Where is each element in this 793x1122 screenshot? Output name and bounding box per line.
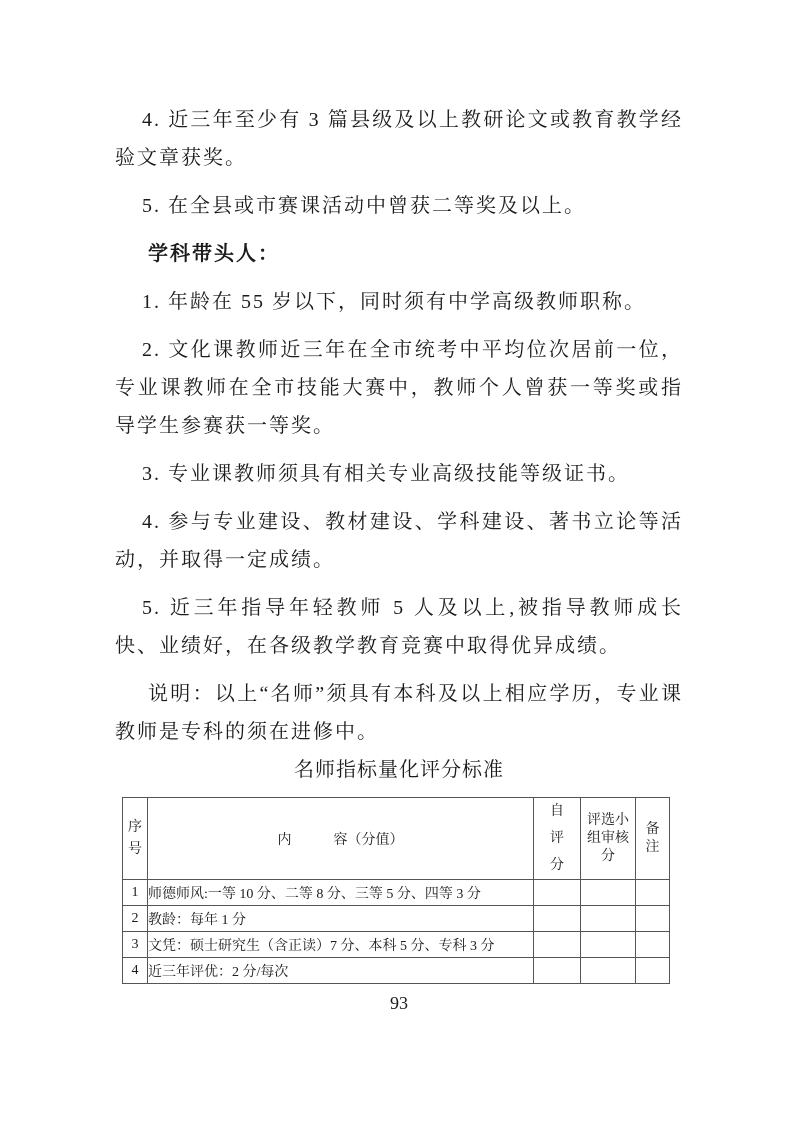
content-cell: 近三年评优：2 分/每次 — [148, 958, 534, 984]
self-score-cell — [534, 906, 581, 932]
note-paragraph: 说明：以上“名师”须具有本科及以上相应学历，专业课教师是专科的须在进修中。 — [115, 675, 683, 751]
self-score-cell — [534, 958, 581, 984]
numbered-item: 1. 年龄在 55 岁以下，同时须有中学高级教师职称。 — [115, 283, 683, 321]
remark-cell — [636, 906, 670, 932]
col-header-content: 内 容（分值） — [148, 798, 534, 880]
committee-score-cell — [581, 880, 636, 906]
remark-cell — [636, 880, 670, 906]
remark-cell — [636, 958, 670, 984]
table-row: 1 师德师风:一等 10 分、二等 8 分、三等 5 分、四等 3 分 — [123, 880, 670, 906]
table-row: 2 教龄：每年 1 分 — [123, 906, 670, 932]
numbered-item: 5. 在全县或市赛课活动中曾获二等奖及以上。 — [115, 187, 683, 225]
table-header-row: 序 号 内 容（分值） 自 评 分 评选小组审核 分 备 注 — [123, 798, 670, 880]
col-header-remark: 备 注 — [636, 798, 670, 880]
seq-cell: 2 — [123, 906, 148, 932]
seq-cell: 3 — [123, 932, 148, 958]
score-table: 序 号 内 容（分值） 自 评 分 评选小组审核 分 备 注 1 师德师风:一等… — [122, 797, 670, 984]
seq-cell: 4 — [123, 958, 148, 984]
page-number: 93 — [115, 993, 683, 1013]
col-header-committee-score: 评选小组审核 分 — [581, 798, 636, 880]
self-score-cell — [534, 932, 581, 958]
numbered-item: 4. 近三年至少有 3 篇县级及以上教研论文或教育教学经验文章获奖。 — [115, 101, 683, 177]
committee-score-cell — [581, 906, 636, 932]
self-score-cell — [534, 880, 581, 906]
remark-cell — [636, 932, 670, 958]
numbered-item: 2. 文化课教师近三年在全市统考中平均位次居前一位，专业课教师在全市技能大赛中，… — [115, 331, 683, 445]
committee-score-cell — [581, 932, 636, 958]
numbered-item: 5. 近三年指导年轻教师 5 人及以上,被指导教师成长快、业绩好，在各级教学教育… — [115, 589, 683, 665]
table-row: 3 文凭：硕士研究生（含正读）7 分、本科 5 分、专科 3 分 — [123, 932, 670, 958]
table-title: 名师指标量化评分标准 — [115, 751, 683, 789]
document-body: 4. 近三年至少有 3 篇县级及以上教研论文或教育教学经验文章获奖。 5. 在全… — [115, 101, 683, 1013]
col-header-seq: 序 号 — [123, 798, 148, 880]
document-page: 4. 近三年至少有 3 篇县级及以上教研论文或教育教学经验文章获奖。 5. 在全… — [0, 0, 793, 1122]
section-heading: 学科带头人： — [115, 235, 683, 273]
content-cell: 师德师风:一等 10 分、二等 8 分、三等 5 分、四等 3 分 — [148, 880, 534, 906]
numbered-item: 4. 参与专业建设、教材建设、学科建设、著书立论等活动，并取得一定成绩。 — [115, 503, 683, 579]
numbered-item: 3. 专业课教师须具有相关专业高级技能等级证书。 — [115, 455, 683, 493]
table-row: 4 近三年评优：2 分/每次 — [123, 958, 670, 984]
content-cell: 教龄：每年 1 分 — [148, 906, 534, 932]
committee-score-cell — [581, 958, 636, 984]
content-cell: 文凭：硕士研究生（含正读）7 分、本科 5 分、专科 3 分 — [148, 932, 534, 958]
seq-cell: 1 — [123, 880, 148, 906]
col-header-self-score: 自 评 分 — [534, 798, 581, 880]
